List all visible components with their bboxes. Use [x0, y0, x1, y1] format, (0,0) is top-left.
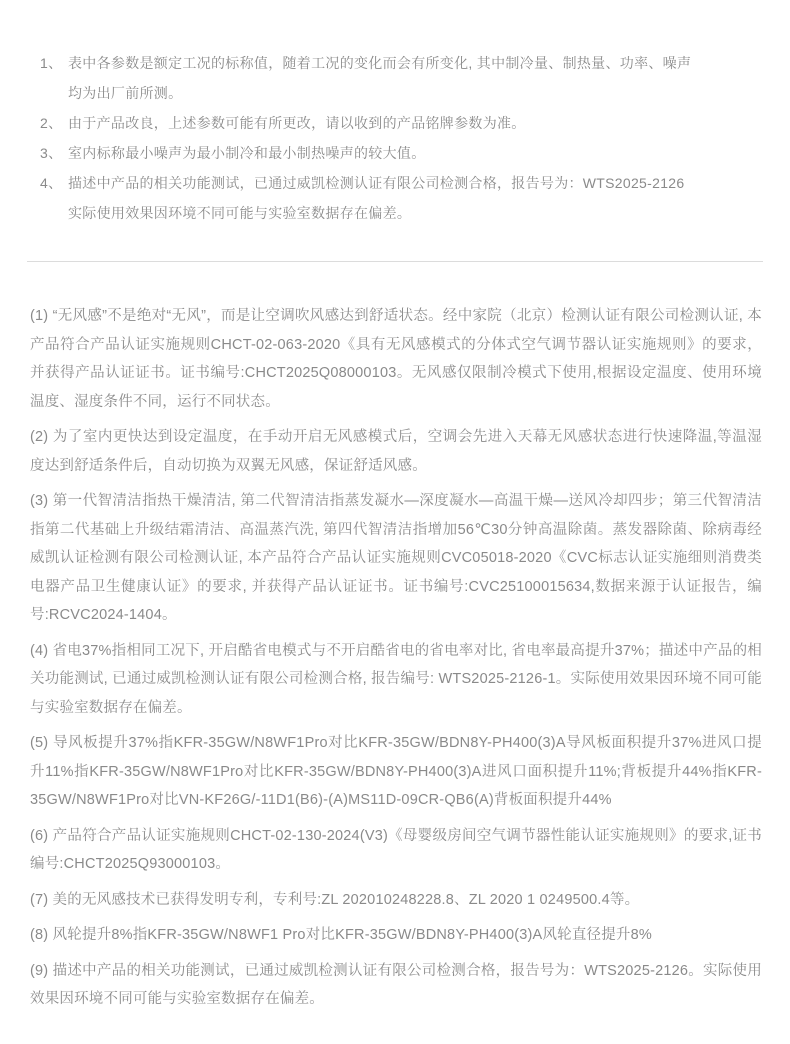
note-number: 2、: [40, 108, 68, 138]
note-text: 均为出厂前所测。: [68, 78, 762, 108]
note-text: 由于产品改良，上述参数可能有所更改，请以收到的产品铭牌参数为准。: [68, 108, 762, 138]
note-body: 室内标称最小噪声为最小制冷和最小制热噪声的较大值。: [68, 138, 762, 168]
note-item: 3、 室内标称最小噪声为最小制冷和最小制热噪声的较大值。: [40, 138, 762, 168]
note-number: 1、: [40, 48, 68, 108]
disclaimer-paragraph: (6) 产品符合产品认证实施规则CHCT-02-130-2024(V3)《母婴级…: [30, 822, 762, 879]
disclaimer-paragraph: (7) 美的无风感技术已获得发明专利，专利号:ZL 202010248228.8…: [30, 886, 762, 915]
disclaimer-paragraph: (3) 第一代智清洁指热干燥清洁, 第二代智清洁指蒸发凝水—深度凝水—高温干燥—…: [30, 487, 762, 630]
notes-list: 1、 表中各参数是额定工况的标称值，随着工况的变化而会有所变化, 其中制冷量、制…: [0, 0, 790, 228]
disclaimer-paragraph: (4) 省电37%指相同工况下, 开启酷省电模式与不开启酷省电的省电率对比, 省…: [30, 637, 762, 723]
disclaimer-paragraph: (2) 为了室内更快达到设定温度，在手动开启无风感模式后，空调会先进入天幕无风感…: [30, 423, 762, 480]
note-body: 描述中产品的相关功能测试，已通过威凯检测认证有限公司检测合格，报告号为：WTS2…: [68, 168, 762, 228]
product-disclaimer-page: 1、 表中各参数是额定工况的标称值，随着工况的变化而会有所变化, 其中制冷量、制…: [0, 0, 790, 1044]
note-body: 表中各参数是额定工况的标称值，随着工况的变化而会有所变化, 其中制冷量、制热量、…: [68, 48, 762, 108]
note-body: 由于产品改良，上述参数可能有所更改，请以收到的产品铭牌参数为准。: [68, 108, 762, 138]
note-number: 3、: [40, 138, 68, 168]
note-item: 4、 描述中产品的相关功能测试，已通过威凯检测认证有限公司检测合格，报告号为：W…: [40, 168, 762, 228]
note-item: 2、 由于产品改良，上述参数可能有所更改，请以收到的产品铭牌参数为准。: [40, 108, 762, 138]
disclaimer-paragraph: (5) 导风板提升37%指KFR-35GW/N8WF1Pro对比KFR-35GW…: [30, 729, 762, 815]
note-item: 1、 表中各参数是额定工况的标称值，随着工况的变化而会有所变化, 其中制冷量、制…: [40, 48, 762, 108]
note-text: 描述中产品的相关功能测试，已通过威凯检测认证有限公司检测合格，报告号为：WTS2…: [68, 168, 762, 198]
disclaimer-list: (1) “无风感”不是绝对“无风”，而是让空调吹风感达到舒适状态。经中家院（北京…: [0, 262, 790, 1014]
note-text: 实际使用效果因环境不同可能与实验室数据存在偏差。: [68, 198, 762, 228]
disclaimer-paragraph: (8) 风轮提升8%指KFR-35GW/N8WF1 Pro对比KFR-35GW/…: [30, 921, 762, 950]
note-text: 表中各参数是额定工况的标称值，随着工况的变化而会有所变化, 其中制冷量、制热量、…: [68, 48, 762, 78]
note-text: 室内标称最小噪声为最小制冷和最小制热噪声的较大值。: [68, 138, 762, 168]
disclaimer-paragraph: (9) 描述中产品的相关功能测试，已通过威凯检测认证有限公司检测合格，报告号为：…: [30, 957, 762, 1014]
note-number: 4、: [40, 168, 68, 228]
disclaimer-paragraph: (1) “无风感”不是绝对“无风”，而是让空调吹风感达到舒适状态。经中家院（北京…: [30, 302, 762, 416]
